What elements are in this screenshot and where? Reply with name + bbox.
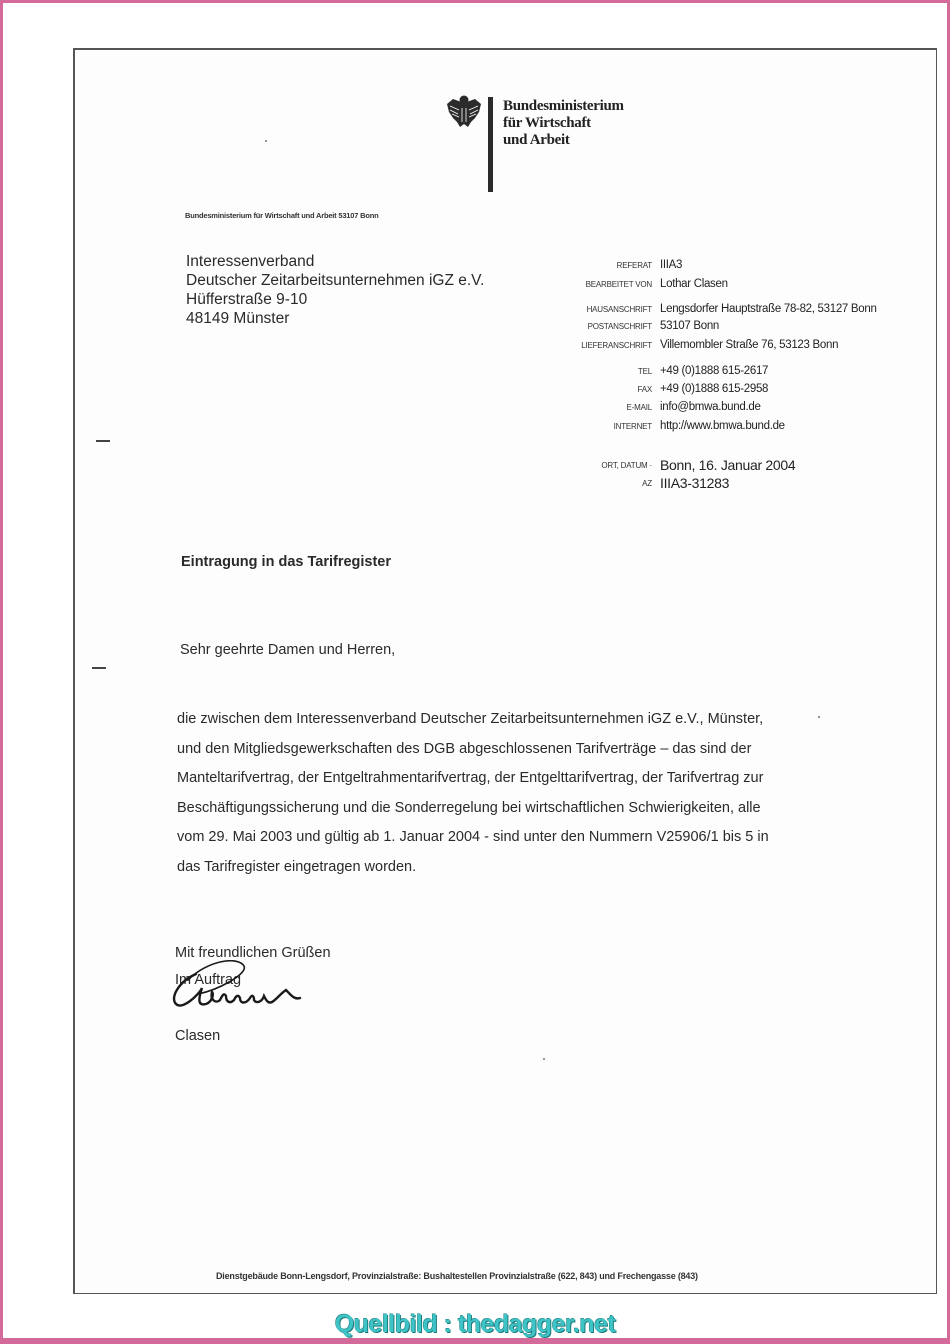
- info-label: Bearbeitet von: [522, 280, 652, 289]
- info-value: IIIA3-31283: [660, 475, 729, 491]
- info-label: Referat: [522, 261, 652, 270]
- recipient-line: Hüfferstraße 9-10: [186, 290, 484, 309]
- ministry-line: Bundesministerium: [503, 98, 624, 115]
- scan-speck: [543, 1058, 545, 1060]
- info-label: Lieferanschrift: [522, 341, 652, 350]
- scan-speck: [818, 716, 820, 718]
- info-label: Internet: [522, 422, 652, 431]
- info-label: E-Mail: [522, 403, 652, 412]
- body-line: und den Mitgliedsgewerkschaften des DGB …: [177, 735, 837, 765]
- body-line: Beschäftigungssicherung und die Sonderre…: [177, 794, 837, 824]
- info-value: 53107 Bonn: [660, 320, 719, 332]
- salutation: Sehr geehrte Damen und Herren,: [180, 642, 395, 658]
- page-footer: Dienstgebäude Bonn-Lengsdorf, Provinzial…: [216, 1271, 698, 1281]
- info-value: Villemombler Straße 76, 53123 Bonn: [660, 339, 838, 351]
- federal-eagle-icon: [445, 94, 483, 130]
- signer-name: Clasen: [175, 1028, 220, 1044]
- ministry-line: für Wirtschaft: [503, 115, 624, 132]
- info-label: Tel: [522, 367, 652, 376]
- scan-speck: [265, 140, 267, 142]
- body-line: Manteltarifvertrag, der Entgeltrahmentar…: [177, 764, 837, 794]
- ministry-name: Bundesministerium für Wirtschaft und Arb…: [503, 98, 624, 149]
- info-label: Ort, Datum ·: [522, 461, 652, 470]
- info-label: Fax: [522, 385, 652, 394]
- recipient-line: Deutscher Zeitarbeitsunternehmen iGZ e.V…: [186, 271, 484, 290]
- recipient-address: Interessenverband Deutscher Zeitarbeitsu…: [186, 252, 484, 328]
- body-line: vom 29. Mai 2003 und gültig ab 1. Januar…: [177, 823, 837, 853]
- body-line: die zwischen dem Interessenverband Deuts…: [177, 705, 837, 735]
- fold-mark: [96, 440, 110, 442]
- info-value: IIIA3: [660, 259, 682, 271]
- ministry-line: und Arbeit: [503, 132, 624, 149]
- info-label: Hausanschrift: [522, 305, 652, 314]
- source-watermark: Quellbild : thedagger.net: [0, 1310, 950, 1339]
- sender-return-line: Bundesministerium für Wirtschaft und Arb…: [185, 211, 378, 220]
- info-value: Lengsdorfer Hauptstraße 78-82, 53127 Bon…: [660, 303, 877, 315]
- info-value: +49 (0)1888 615-2617: [660, 365, 768, 377]
- info-value[interactable]: info@bmwa.bund.de: [660, 401, 761, 413]
- handwritten-signature-icon: [168, 960, 318, 1020]
- info-value[interactable]: http://www.bmwa.bund.de: [660, 420, 785, 432]
- subject-line: Eintragung in das Tarifregister: [181, 554, 391, 570]
- info-value: Bonn, 16. Januar 2004: [660, 457, 795, 473]
- info-value: Lothar Clasen: [660, 278, 728, 290]
- body-line: das Tarifregister eingetragen worden.: [177, 853, 837, 883]
- letter-page: [73, 48, 937, 1294]
- letter-body: die zwischen dem Interessenverband Deuts…: [177, 705, 837, 882]
- recipient-line: Interessenverband: [186, 252, 484, 271]
- logo-divider-bar: [488, 97, 493, 192]
- info-value: +49 (0)1888 615-2958: [660, 383, 768, 395]
- info-label: Az: [522, 479, 652, 488]
- info-label: Postanschrift: [522, 322, 652, 331]
- recipient-line: 48149 Münster: [186, 309, 484, 328]
- punch-mark: [92, 667, 106, 669]
